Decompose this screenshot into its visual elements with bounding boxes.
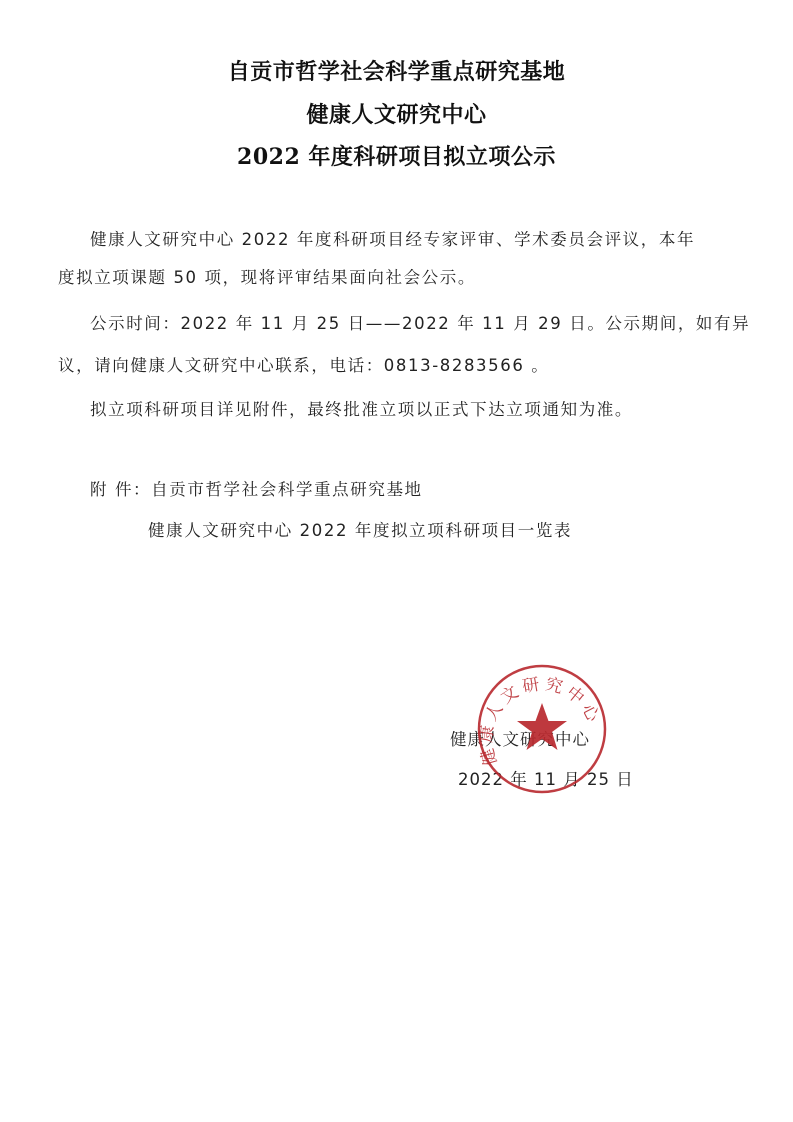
official-seal-stamp: 健康人文研究中心 bbox=[476, 663, 608, 795]
body-paragraph-1-line-2: 度拟立项课题 50 项，现将评审结果面向社会公示。 bbox=[58, 264, 476, 288]
body-paragraph-2-line-2: 议，请向健康人文研究中心联系，电话：0813-8283566 。 bbox=[58, 352, 549, 376]
title-line-1: 自贡市哲学社会科学重点研究基地 bbox=[0, 55, 793, 86]
body-paragraph-3: 拟立项科研项目详见附件，最终批准立项以正式下达立项通知为准。 bbox=[90, 396, 633, 420]
body-paragraph-1-line-1: 健康人文研究中心 2022 年度科研项目经专家评审、学术委员会评议，本年 bbox=[90, 226, 695, 250]
body-paragraph-2-line-1: 公示时间：2022 年 11 月 25 日——2022 年 11 月 29 日。… bbox=[90, 310, 750, 334]
title-line-3: 2022 年度科研项目拟立项公示 bbox=[0, 140, 793, 171]
attachment-line-2: 健康人文研究中心 2022 年度拟立项科研项目一览表 bbox=[148, 517, 572, 541]
attachment-line-1: 附 件：自贡市哲学社会科学重点研究基地 bbox=[90, 476, 423, 500]
star-icon bbox=[517, 703, 567, 750]
title-line-2: 健康人文研究中心 bbox=[0, 98, 793, 129]
